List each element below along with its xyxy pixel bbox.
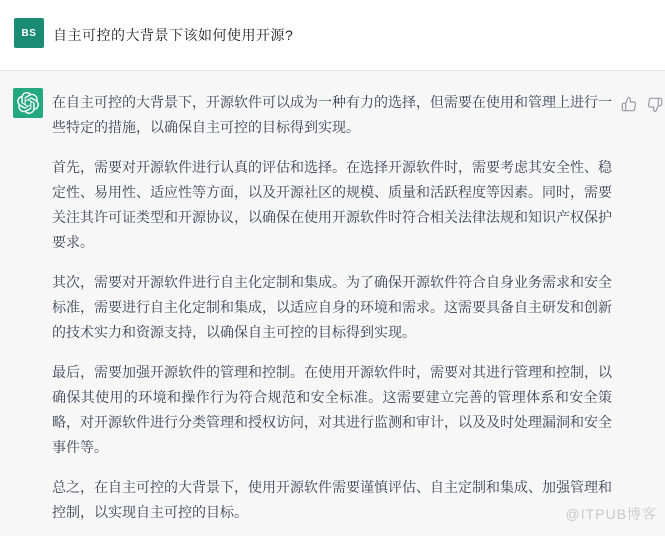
- thumbs-up-button[interactable]: [621, 94, 637, 113]
- user-question-text: 自主可控的大背景下该如何使用开源?: [53, 18, 293, 45]
- chat-window: BS 自主可控的大背景下该如何使用开源? 在自主可控的大背景下，开源软件可以成为…: [0, 0, 665, 536]
- paragraph-1: 在自主可控的大背景下，开源软件可以成为一种有力的选择，但需要在使用和管理上进行一…: [52, 90, 612, 140]
- thumbs-down-button[interactable]: [647, 97, 663, 113]
- feedback-buttons: [621, 94, 663, 113]
- thumbs-down-icon: [647, 97, 663, 113]
- chatgpt-avatar: [13, 88, 43, 118]
- assistant-response-text: 在自主可控的大背景下，开源软件可以成为一种有力的选择，但需要在使用和管理上进行一…: [52, 88, 612, 536]
- paragraph-5: 总之，在自主可控的大背景下，使用开源软件需要谨慎评估、自主定制和集成、加强管理和…: [52, 475, 612, 525]
- thumbs-up-icon: [621, 96, 637, 112]
- openai-logo-icon: [17, 92, 39, 114]
- user-message: BS 自主可控的大背景下该如何使用开源?: [0, 0, 665, 70]
- assistant-message: 在自主可控的大背景下，开源软件可以成为一种有力的选择，但需要在使用和管理上进行一…: [0, 70, 665, 536]
- watermark: @ITPUB博客: [566, 504, 657, 524]
- paragraph-3: 其次，需要对开源软件进行自主化定制和集成。为了确保开源软件符合自身业务需求和安全…: [52, 270, 612, 345]
- paragraph-2: 首先，需要对开源软件进行认真的评估和选择。在选择开源软件时，需要考虑其安全性、稳…: [52, 155, 612, 255]
- user-avatar: BS: [14, 18, 44, 48]
- paragraph-4: 最后，需要加强开源软件的管理和控制。在使用开源软件时，需要对其进行管理和控制，以…: [52, 360, 612, 460]
